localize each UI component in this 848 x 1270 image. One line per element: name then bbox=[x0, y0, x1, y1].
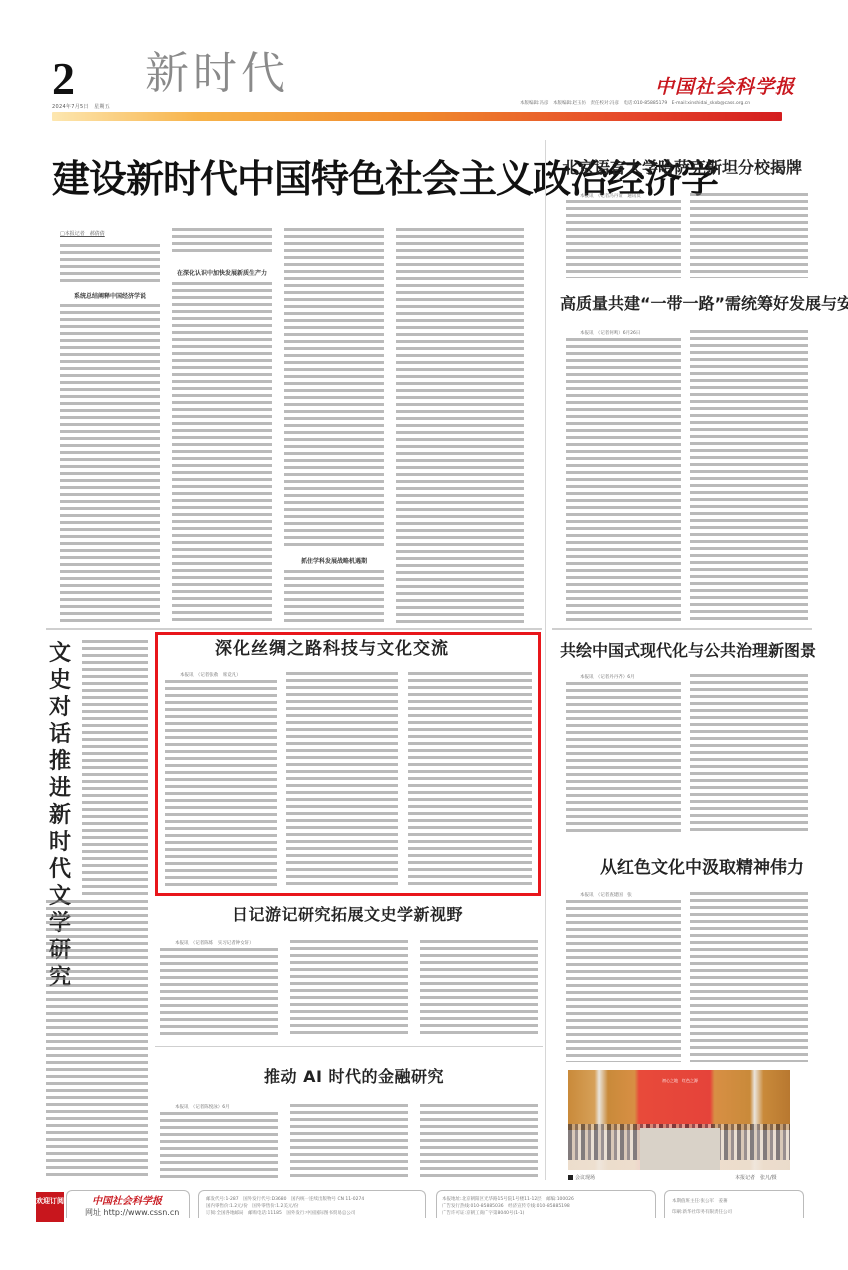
sidebar-text-3a bbox=[566, 682, 681, 832]
vertical-article-text-b bbox=[46, 900, 148, 1180]
highlighted-text-col-1 bbox=[165, 680, 277, 888]
lead-text-col-1b bbox=[60, 304, 160, 624]
lead-text-col-4 bbox=[396, 228, 524, 624]
page-number: 2 bbox=[52, 56, 75, 102]
lead-subhead-3: 抓住学科发展战略机遇期 bbox=[284, 556, 384, 565]
sidebar-byline-1: 本报讯 （记者冯丹谊 通讯员 bbox=[580, 193, 641, 199]
lower-text-2c bbox=[420, 1104, 538, 1178]
footer-address-line-2: 广告发行热线:010-85885036 经济宣传专线:010-85885198 bbox=[442, 1203, 570, 1210]
photo-credit: 本报记者 张凡/摄 bbox=[735, 1174, 777, 1181]
lead-bottom-divider bbox=[46, 628, 542, 630]
sidebar-byline-2: 本报讯 （记者何鸣）6月26日 bbox=[580, 330, 640, 336]
footer-print-line-1: 本期值班主任:张公军 姜蕃 bbox=[672, 1198, 728, 1205]
lower-text-2b bbox=[290, 1104, 408, 1178]
photo-caption: 会议现场 bbox=[568, 1174, 595, 1181]
lower-text-1b bbox=[290, 940, 408, 1036]
footer-print-line-2: 印刷:新华社印务有限责任公司 bbox=[672, 1209, 732, 1216]
highlighted-text-col-3 bbox=[408, 672, 532, 888]
sidebar-headline-2: 高质量共建“一带一路”需统筹好发展与安全 bbox=[560, 291, 848, 314]
highlighted-headline: 深化丝绸之路科技与文化交流 bbox=[215, 634, 449, 659]
newspaper-logo: 中国社会科学报 bbox=[655, 72, 795, 99]
masthead-gradient-bar bbox=[52, 112, 782, 121]
sidebar-text-4b bbox=[690, 892, 808, 1062]
lead-text-col-2a bbox=[172, 228, 272, 252]
lead-text-col-2b bbox=[172, 282, 272, 624]
footer-publication-line-1: 邮发代号:1-287 国外发行代号:D3680 国内统一连续出版物号 CN 11… bbox=[206, 1196, 364, 1203]
lead-subhead-2: 在深化认识中加快发展新质生产力 bbox=[172, 268, 272, 277]
lower-byline-1: 本报讯 （记者陈炼 实习记者钟女轩） bbox=[175, 940, 254, 946]
lower-byline-2: 本报讯 （记者陈悦泳）6月 bbox=[175, 1104, 230, 1110]
sidebar-section-divider bbox=[552, 628, 812, 630]
highlighted-byline: 本报讯 （记者张赦 席竞凡） bbox=[180, 672, 241, 678]
lower-headline-2: 推动 AI 时代的金融研究 bbox=[264, 1064, 444, 1087]
subscribe-badge[interactable]: 欢迎订阅 bbox=[36, 1192, 64, 1222]
lead-subhead-1: 系统总结阐释中国经济学说 bbox=[60, 291, 160, 300]
sidebar-divider bbox=[545, 140, 546, 1180]
sidebar-byline-3: 本报讯 （记者丹丹齐）6月 bbox=[580, 674, 635, 680]
sidebar-text-1a bbox=[566, 200, 681, 278]
sidebar-headline-3: 共绘中国式现代化与公共治理新图景 bbox=[560, 638, 816, 661]
sidebar-headline-4: 从红色文化中汲取精神伟力 bbox=[600, 853, 804, 878]
issue-date: 2024年7月5日 星期五 bbox=[52, 103, 110, 110]
sidebar-text-2a bbox=[566, 338, 681, 624]
conference-photo-banner: 初心之地 红色之源 bbox=[640, 1078, 720, 1084]
footer-publication-line-3: 订阅:全国各地邮局 邮购电话:11185 国外发行:中国国际图书贸易总公司 bbox=[206, 1210, 355, 1217]
lower-text-2a bbox=[160, 1112, 278, 1178]
lead-text-col-3a bbox=[284, 228, 384, 548]
section-title: 新时代 bbox=[145, 52, 289, 96]
lead-text-col-3b bbox=[284, 570, 384, 624]
sidebar-text-1b bbox=[690, 193, 808, 278]
footer-publication-line-2: 国内零售价:1.2元/份 国外零售价:1.2美元/份 bbox=[206, 1203, 298, 1210]
footer-url[interactable]: 网址 http://www.cssn.cn bbox=[85, 1207, 179, 1218]
lead-text-col-1a bbox=[60, 244, 160, 284]
vertical-article-text-a bbox=[82, 640, 148, 898]
sidebar-text-2b bbox=[690, 330, 808, 624]
lead-byline: □本报记者 郝倩倩 bbox=[60, 230, 105, 237]
highlighted-text-col-2 bbox=[286, 672, 398, 888]
masthead-contact-info: 本版编辑:冯彦 本版编辑:赵玉仿 责任校对:冯彦 电话:010-85885179… bbox=[520, 100, 750, 106]
lower-text-1a bbox=[160, 948, 278, 1036]
sidebar-headline-1: 北京语言大学哈萨克斯坦分校揭牌 bbox=[562, 155, 802, 178]
footer-address-line-3: 广告许可证:京朝工商广字第8040号(1-1) bbox=[442, 1210, 524, 1217]
footer-address-line-1: 本报地址:北京朝阳区光华路15号院1号楼11-12层 邮编:100026 bbox=[442, 1196, 574, 1203]
lower-divider bbox=[155, 1046, 543, 1047]
lower-text-1c bbox=[420, 940, 538, 1036]
lower-headline-1: 日记游记研究拓展文史学新视野 bbox=[232, 902, 463, 925]
conference-photo-table bbox=[640, 1128, 720, 1170]
sidebar-text-3b bbox=[690, 674, 808, 832]
sidebar-text-4a bbox=[566, 900, 681, 1062]
sidebar-byline-4: 本报讯 （记者查建国 张 bbox=[580, 892, 632, 898]
footer-logo: 中国社会科学报 bbox=[92, 1192, 162, 1207]
